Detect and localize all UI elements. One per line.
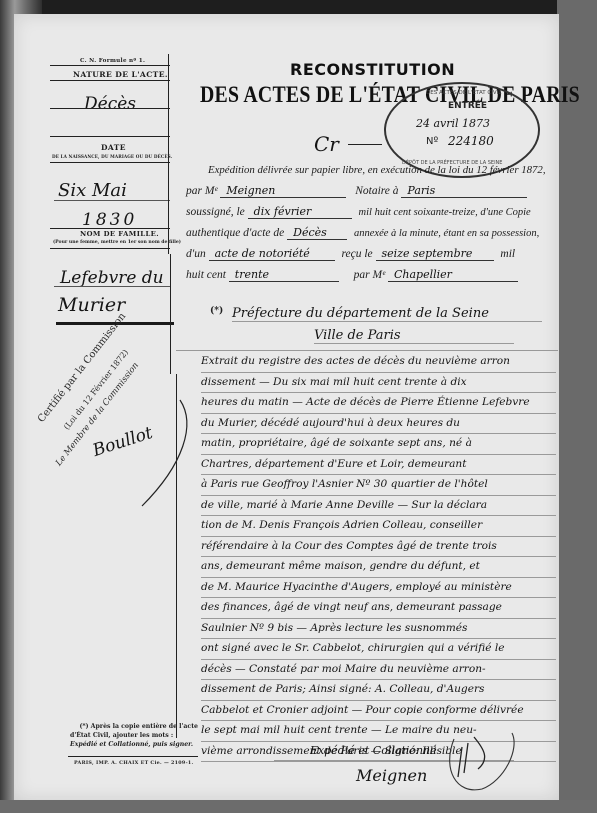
transcript-line: Chartres, département d'Eure et Loir, de… (201, 455, 556, 476)
transcript-line: à Paris rue Geoffroy l'Asnier Nº 30 quar… (201, 475, 556, 496)
transcript-line: ans, demeurant même maison, gendre du dé… (201, 557, 556, 578)
year-value: trente (229, 268, 339, 282)
authentique-label: authentique d'acte de (186, 227, 284, 239)
transcript-line: de M. Maurice Hyacinthe d'Augers, employ… (201, 578, 556, 599)
form-line-2: par Mᵉ Meignen Notaire à Paris (186, 184, 527, 198)
soussigne-label: soussigné, le (186, 206, 245, 218)
year-text: mil huit cent soixante-treize, d'une Cop… (359, 207, 531, 218)
signature-flourish (84, 394, 194, 514)
document-page: C. N. Formule nº 1. NATURE DE L'ACTE. Dé… (14, 14, 559, 800)
divider (50, 136, 170, 137)
notaire-label: Notaire à (355, 185, 398, 197)
entry-stamp-label: ENTRÉE (448, 101, 487, 111)
transcript-line: ont signé avec le Sr. Cabbelot, chirurgi… (201, 639, 556, 660)
form-id: C. N. Formule nº 1. (80, 58, 145, 64)
family-value-line1: Lefebvre du (60, 268, 164, 288)
transcript-line: du Murier, décédé aujourd'hui à deux heu… (201, 414, 556, 435)
other-notary: Chapellier (388, 268, 518, 282)
body-transcript: Extrait du registre des actes de décès d… (201, 352, 556, 762)
transcript-line: Saulnier Nº 9 bis — Après lecture les su… (201, 619, 556, 640)
divider (54, 286, 170, 287)
notary-name: Meignen (220, 184, 346, 198)
divider (50, 162, 170, 163)
date-signed: dix février (248, 205, 352, 219)
transcript-line: heures du matin — Acte de décès de Pierr… (201, 393, 556, 414)
date-value-day: Six Mai (58, 180, 127, 201)
transcript-line: tion de M. Denis François Adrien Colleau… (201, 516, 556, 537)
entry-stamp-number-prefix: Nº (426, 136, 438, 147)
par-label: par Mᵉ (186, 185, 217, 197)
form-line-1: Expédition délivrée sur papier libre, en… (208, 164, 546, 176)
divider (54, 200, 170, 201)
title-reconstitution: RECONSTITUTION (290, 60, 455, 79)
annexee-text: annexée à la minute, étant en sa possess… (354, 228, 539, 239)
footnote-line2: d'État Civil, ajouter les mots : (70, 731, 198, 740)
family-value-line2: Murier (58, 294, 125, 316)
transcript-line: Extrait du registre des actes de décès d… (201, 352, 556, 373)
footnote-line1: (*) Après la copie entière de l'acte (70, 722, 198, 731)
source-document: acte de notoriété (209, 247, 335, 261)
date-value-year: 1830 (82, 210, 137, 230)
divider (50, 248, 170, 249)
acte-type: Décès (287, 226, 347, 240)
form-line-3: soussigné, le dix février mil huit cent … (186, 205, 531, 219)
footnote-line3: Expédié et Collationné, puis signer. (70, 740, 198, 749)
recu-label: reçu le (341, 248, 372, 260)
transcript-line: des finances, âgé de vingt neuf ans, dem… (201, 598, 556, 619)
nature-value: Décès (84, 94, 136, 114)
transcript-line: de ville, marié à Marie Anne Deville — S… (201, 496, 556, 517)
body-heading-ville: Ville de Paris (314, 328, 514, 344)
form-line-4: authentique d'acte de Décès annexée à la… (186, 226, 539, 240)
closing-formula: Expédié et Collationné (310, 744, 437, 757)
entry-stamp-number: 224180 (448, 134, 494, 148)
body-top-rule (176, 350, 558, 351)
scan-border-top (0, 0, 597, 14)
family-sublabel: (Pour une femme, mettre en 1er son nom d… (53, 240, 181, 245)
entry-stamp-arc-top: DES ACTES DE L'ÉTAT CIVIL (426, 90, 501, 96)
scan-border-right (557, 0, 597, 813)
transcript-line: dissement — Du six mai mil huit cent tre… (201, 373, 556, 394)
column-divider (168, 54, 169, 254)
column-divider (176, 374, 177, 738)
footnote-marker: (*) (210, 306, 223, 316)
form-line-6: huit cent trente par Mᵉ Chapellier (186, 268, 518, 282)
nature-label: NATURE DE L'ACTE. (73, 70, 168, 79)
body-heading-prefecture: Préfecture du département de la Seine (232, 306, 542, 322)
notary-city: Paris (401, 184, 527, 198)
transcript-line: matin, propriétaire, âgé de soixante sep… (201, 434, 556, 455)
printer-line: PARIS, IMP. A. CHAIX ET Cie. — 2109-1. (74, 760, 193, 766)
recu-date: seize septembre (376, 247, 494, 261)
transcript-line: Cabbelot et Cronier adjoint — Pour copie… (201, 701, 556, 722)
par-m-label: par Mᵉ (354, 269, 385, 281)
divider (68, 756, 198, 757)
footnote: (*) Après la copie entière de l'acte d'É… (70, 722, 198, 749)
divider (50, 108, 170, 109)
divider (50, 65, 170, 66)
entry-stamp-date: 24 avril 1873 (416, 117, 490, 130)
huit-cent-label: huit cent (186, 269, 226, 281)
mil-label: mil (500, 248, 515, 260)
divider (50, 228, 170, 229)
transcript-line: décès — Constaté par moi Maire du neuviè… (201, 660, 556, 681)
form-line-5: d'un acte de notoriété reçu le seize sep… (186, 247, 515, 261)
stamp-leader (348, 144, 382, 145)
column-divider (170, 254, 171, 374)
notary-signature: Meignen (356, 766, 427, 785)
family-label: NOM DE FAMILLE. (80, 230, 159, 238)
date-sublabel: DE LA NAISSANCE, DU MARIAGE OU DU DÉCÈS. (52, 154, 172, 159)
transcript-line: référendaire à la Cour des Comptes âgé d… (201, 537, 556, 558)
divider (50, 80, 170, 81)
dun-label: d'un (186, 248, 206, 260)
transcript-line: dissement de Paris; Ainsi signé: A. Coll… (201, 680, 556, 701)
scan-border-bottom (0, 800, 597, 813)
date-label: DATE (101, 143, 126, 152)
margin-mark: Cr (314, 132, 339, 156)
signature-paraph (434, 729, 524, 799)
